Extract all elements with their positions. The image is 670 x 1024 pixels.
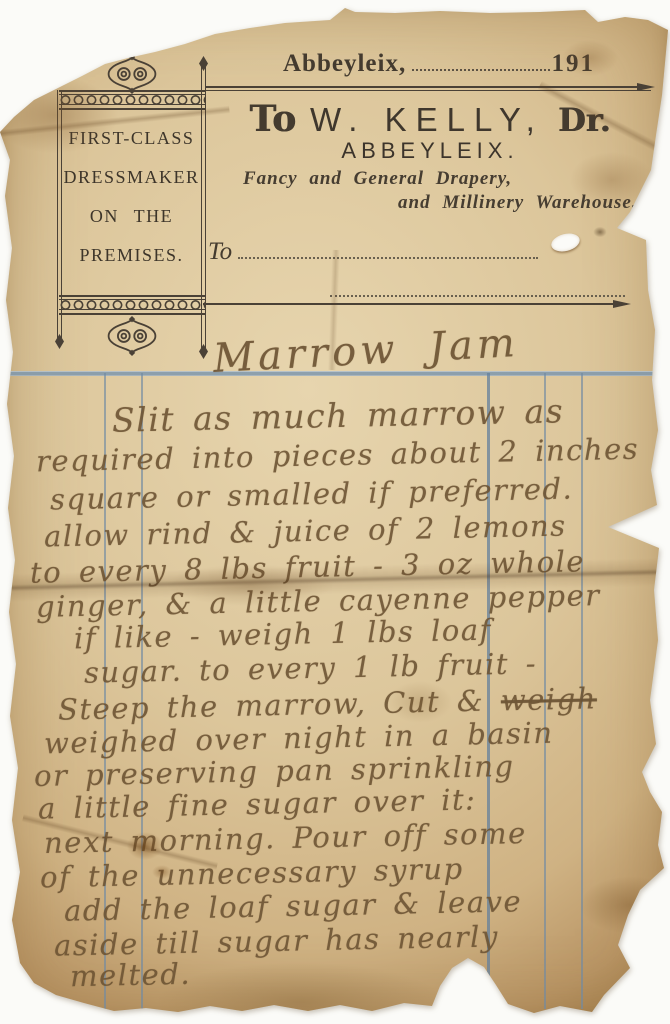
paper-hole	[549, 231, 581, 255]
tagline-1: Fancy and General Drapery,	[243, 168, 512, 190]
header-bottom-rule	[203, 303, 627, 305]
header-double-rule	[205, 86, 651, 91]
date-dotted-rule	[412, 68, 549, 71]
quatrefoil-ornament-icon	[104, 316, 160, 356]
rule-taper-icon	[613, 300, 631, 308]
to-field-dotted-rule	[238, 256, 538, 259]
date-line: Abbeyleix, 191	[283, 50, 595, 78]
to-field: To	[208, 238, 538, 266]
amount-dotted-rule	[330, 294, 625, 297]
to-field-label: To	[208, 238, 232, 266]
town-name: ABBEYLEIX.	[205, 138, 655, 164]
rule-taper-icon	[637, 83, 655, 91]
recipe-line: Slit as much marrow as	[112, 391, 565, 439]
panel-line-dressmaker: DRESSMAKER	[58, 167, 205, 188]
panel-line-premises: PREMISES.	[58, 245, 205, 266]
panel-line-first-class: FIRST-CLASS	[58, 128, 205, 149]
year-label: 191	[552, 50, 596, 78]
scan-background: Abbeyleix, 191 To W. KELLY, Dr. ABBEYLEI…	[0, 0, 670, 1024]
chain-border-top	[59, 90, 205, 110]
struck-word: weigh	[501, 681, 598, 717]
paper-sheet: Abbeyleix, 191 To W. KELLY, Dr. ABBEYLEI…	[0, 0, 670, 1024]
to-prefix: To	[249, 98, 296, 140]
place-label: Abbeyleix,	[283, 50, 406, 78]
tagline-2: and Millinery Warehouse.	[398, 192, 638, 214]
recipe-line: melted.	[70, 957, 192, 994]
panel-line-on-the: ON THE	[58, 206, 205, 227]
chain-border-bottom	[59, 295, 205, 315]
quatrefoil-ornament-icon	[104, 54, 160, 94]
merchant-name: W. KELLY,	[310, 101, 544, 139]
